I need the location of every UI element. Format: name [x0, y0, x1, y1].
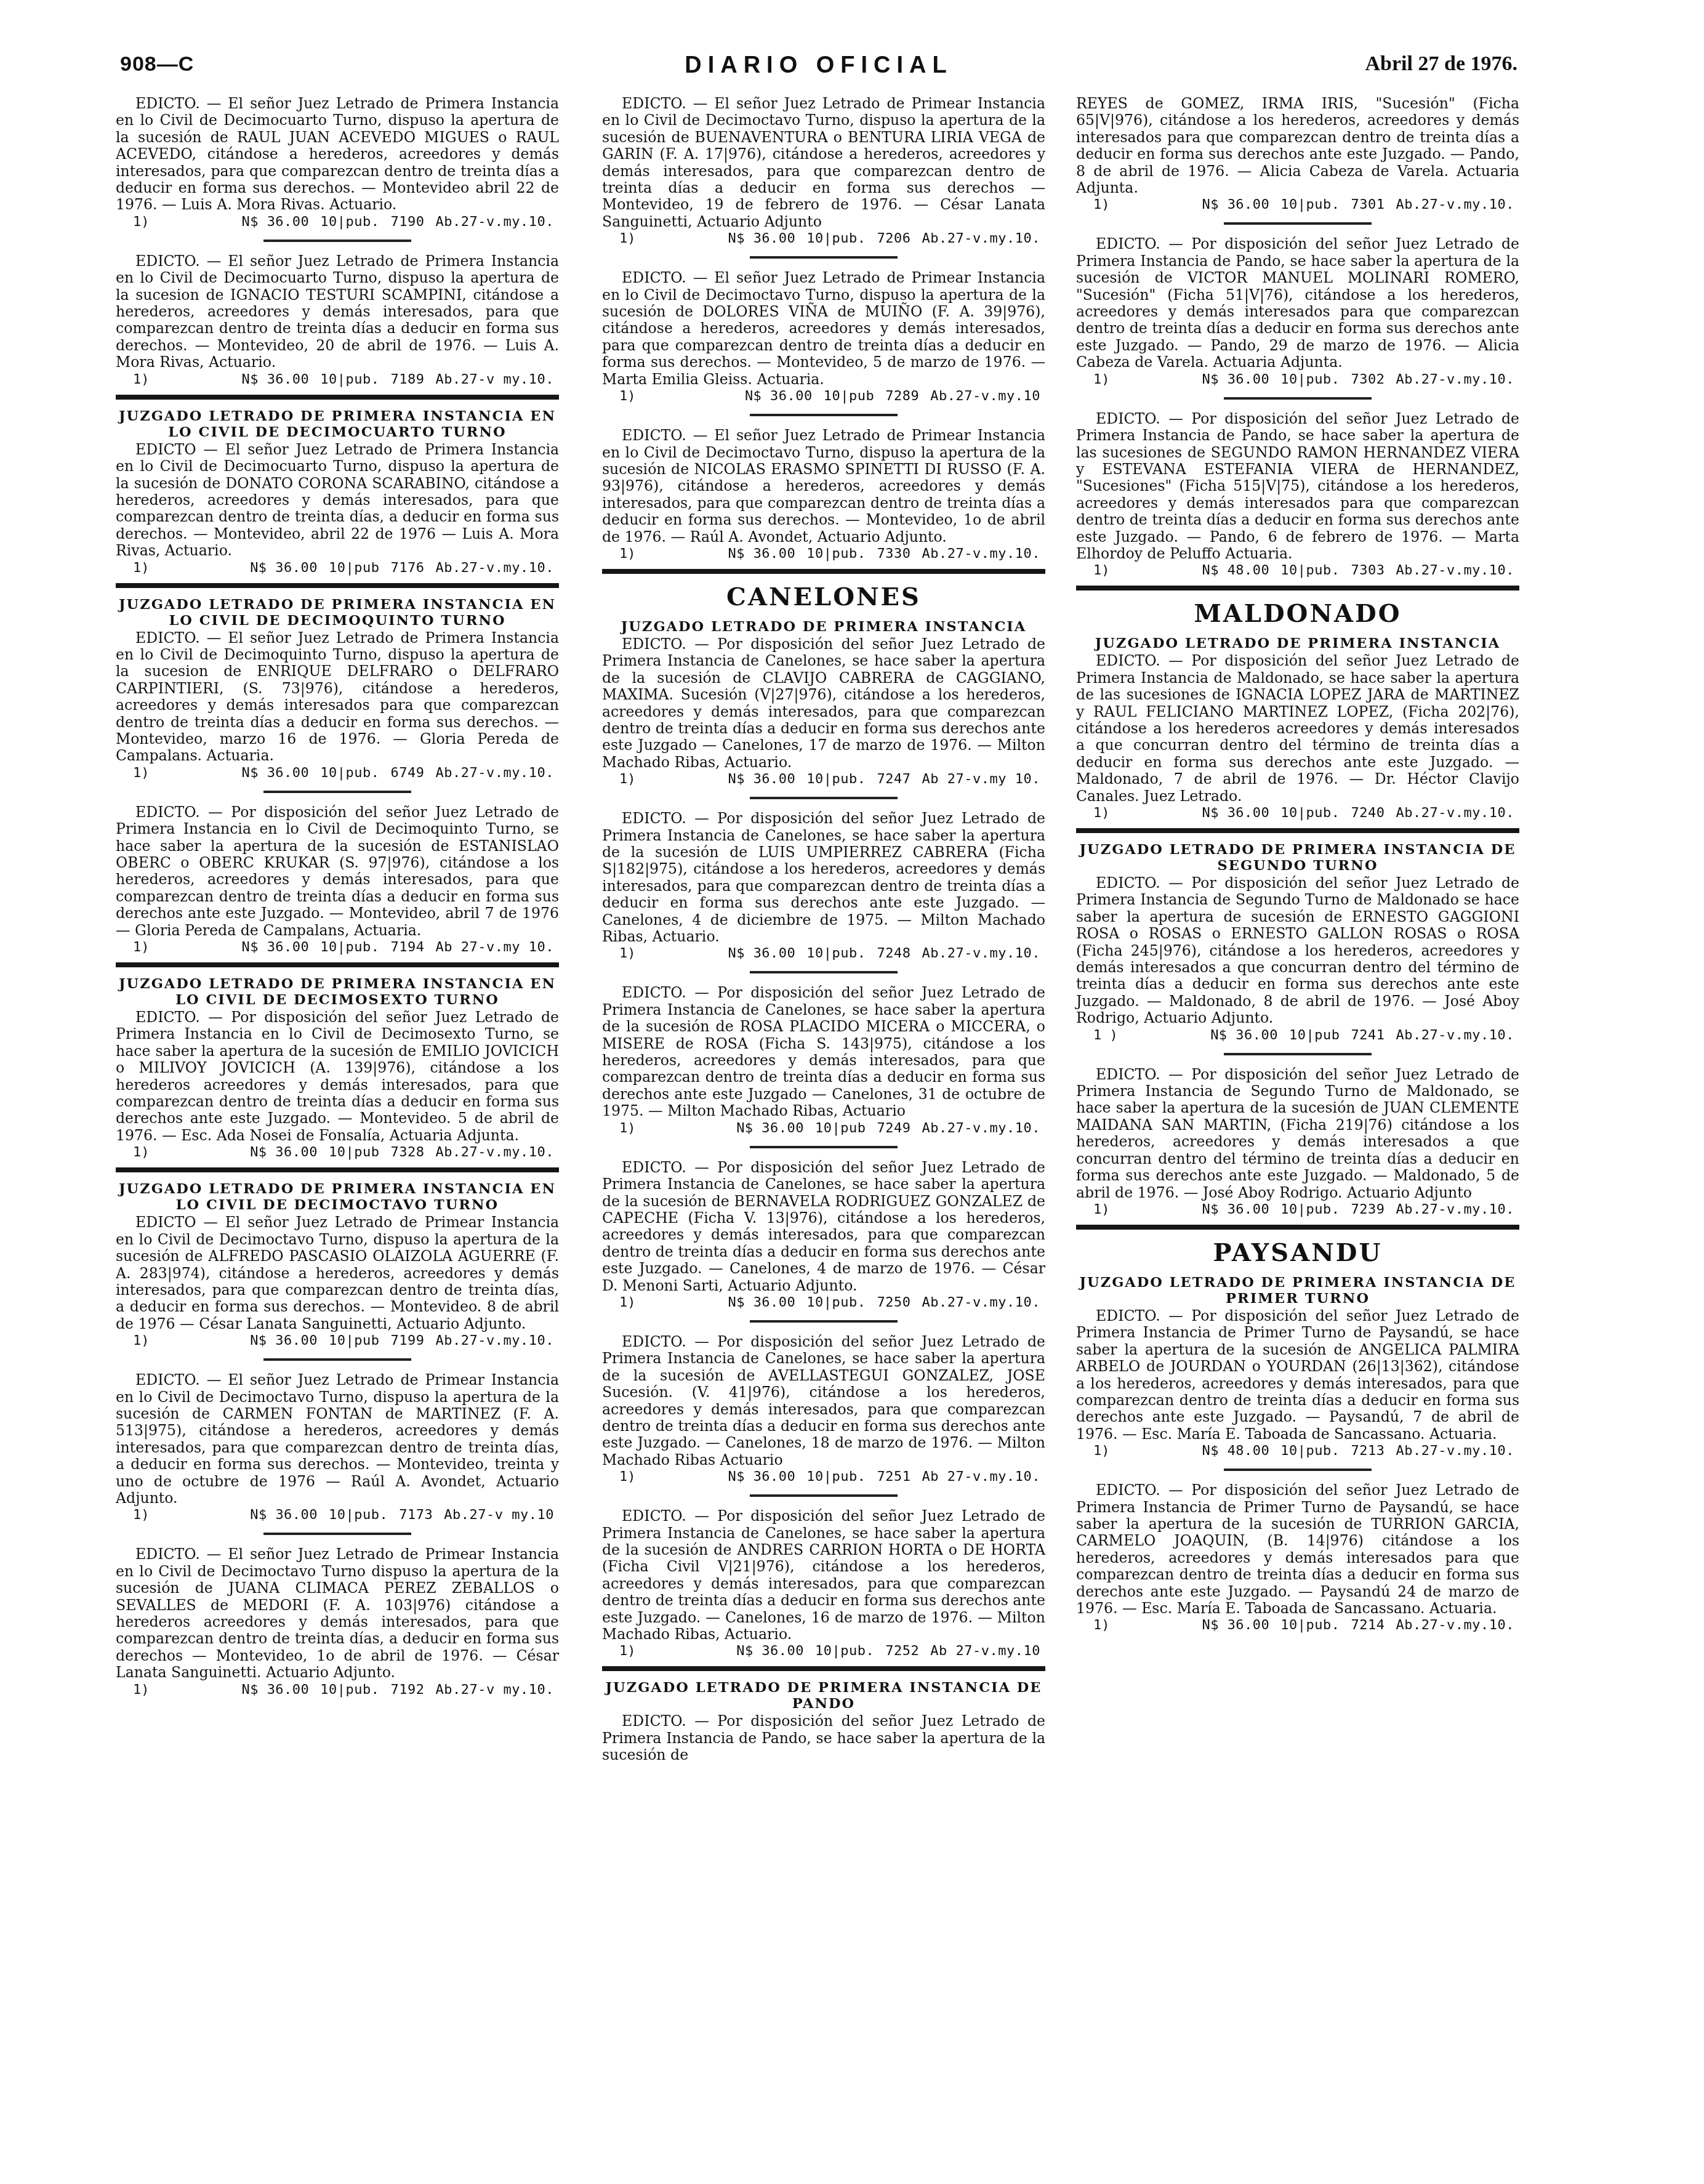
publication-details: N$ 36.0010|pub.6749Ab.27-v.my.10. [182, 765, 554, 782]
publication-ref: 7173 [399, 1507, 433, 1523]
publication-line: 1)N$ 36.0010|pub.7192Ab.27-v my.10. [116, 1682, 559, 1699]
publication-amount: N$ 36.00 [1202, 805, 1269, 821]
publication-period: Ab 27-v.my 10. [436, 940, 554, 955]
publication-details: N$ 36.0010|pub7328Ab.27-v.my.10. [182, 1144, 554, 1161]
publication-ref: 7289 [885, 389, 919, 404]
edicto-text: EDICTO. — Por disposición del señor Juez… [1076, 236, 1519, 371]
publication-details: N$ 36.0010|pub.7192Ab.27-v my.10. [182, 1682, 554, 1699]
publication-pubs: 10|pub. [815, 1643, 874, 1659]
publication-line: 1)N$ 36.0010|pub.7194Ab 27-v.my 10. [116, 939, 559, 956]
edicto-notice: EDICTO. — Por disposición del señor Juez… [602, 636, 1045, 788]
notice-divider [750, 1494, 898, 1497]
publication-amount: N$ 48.00 [1202, 563, 1269, 578]
edicto-notice: EDICTO. — El señor Juez Letrado de Prime… [116, 1372, 559, 1524]
publication-line: 1)N$ 36.0010|pub7176Ab.27-v.my.10. [116, 560, 559, 577]
publication-pubs: 10|pub. [1280, 372, 1340, 387]
publication-ref: 7251 [877, 1469, 911, 1485]
publication-count: 1) [1093, 1201, 1143, 1219]
publication-details: N$ 36.0010|pub.7330Ab.27-v.my.10. [669, 546, 1040, 563]
publication-count: 1) [1093, 1443, 1143, 1460]
publication-period: Ab.27-v.my.10. [1396, 1202, 1514, 1217]
publication-period: Ab.27-v.my.10. [436, 560, 554, 576]
publication-details: N$ 36.0010|pub7289Ab.27-v.my.10 [669, 388, 1040, 405]
publication-ref: 7213 [1351, 1443, 1385, 1459]
publication-count: 1) [619, 1643, 669, 1660]
section-divider [1076, 586, 1519, 590]
publication-details: N$ 36.0010|pub.7239Ab.27-v.my.10. [1143, 1201, 1514, 1219]
publication-count: 1) [619, 771, 669, 788]
publication-details: N$ 36.0010|pub.7247Ab 27-v.my 10. [669, 771, 1040, 788]
publication-ref: 7199 [391, 1333, 425, 1348]
publication-details: N$ 36.0010|pub.7189Ab.27-v my.10. [182, 371, 554, 389]
publication-line: 1)N$ 36.0010|pub.7301Ab.27-v.my.10. [1076, 196, 1519, 214]
publication-period: Ab.27-v.my.10. [436, 214, 554, 230]
publication-count: 1) [133, 1144, 182, 1161]
publication-amount: N$ 48.00 [1202, 1443, 1269, 1459]
notice-divider [1224, 1053, 1372, 1055]
court-heading: JUZGADO LETRADO DE PRIMERA INSTANCIA EN … [116, 976, 559, 1008]
edicto-text: EDICTO — El señor Juez Letrado de Primea… [116, 1214, 559, 1332]
publication-line: 1)N$ 36.0010|pub7199Ab.27-v.my.10. [116, 1332, 559, 1350]
publication-count: 1) [133, 1332, 182, 1350]
publication-pubs: 10|pub. [1280, 1618, 1340, 1633]
publication-ref: 7189 [391, 372, 425, 387]
edicto-text: EDICTO. — El señor Juez Letrado de Prime… [602, 270, 1045, 388]
edicto-text: EDICTO. — Por disposición del señor Juez… [602, 1508, 1045, 1643]
publication-count: 1) [1093, 371, 1143, 389]
edicto-text: EDICTO — El señor Juez Letrado de Primer… [116, 441, 559, 560]
publication-ref: 7240 [1351, 805, 1385, 821]
publication-details: N$ 48.0010|pub.7303Ab.27-v.my.10. [1143, 562, 1514, 579]
edicto-notice: EDICTO. — El señor Juez Letrado de Prime… [116, 630, 559, 782]
publication-amount: N$ 36.00 [241, 765, 309, 781]
publication-ref: 7241 [1351, 1028, 1385, 1043]
edicto-text: EDICTO. — El señor Juez Letrado de Prime… [116, 1546, 559, 1681]
publication-amount: N$ 36.00 [1202, 372, 1269, 387]
publication-amount: N$ 36.00 [1202, 1618, 1269, 1633]
publication-period: Ab.27-v.my.10. [1396, 197, 1514, 212]
section-divider [1076, 828, 1519, 833]
publication-period: Ab.27-v.my.10. [1396, 1028, 1514, 1043]
publication-period: Ab.27-v.my.10. [1396, 372, 1514, 387]
publication-period: Ab.27-v my.10. [436, 372, 554, 387]
publication-amount: N$ 36.00 [728, 231, 795, 246]
publication-pubs: 10|pub. [320, 940, 379, 955]
publication-details: N$ 36.0010|pub7176Ab.27-v.my.10. [182, 560, 554, 577]
publication-pubs: 10|pub [329, 560, 379, 576]
publication-count: 1) [133, 371, 182, 389]
publication-period: Ab.27-v.my.10. [1396, 1443, 1514, 1459]
publication-ref: 7190 [391, 214, 425, 230]
publication-line: 1)N$ 36.0010|pub.7302Ab.27-v.my.10. [1076, 371, 1519, 389]
publication-line: 1)N$ 36.0010|pub.7248Ab.27-v.my.10. [602, 945, 1045, 962]
publication-line: 1)N$ 36.0010|pub.7240Ab.27-v.my.10. [1076, 805, 1519, 822]
publication-ref: 7303 [1351, 563, 1385, 578]
edicto-notice: EDICTO. — Por disposición del señor Juez… [602, 1334, 1045, 1486]
edicto-notice: EDICTO. — Por disposición del señor Juez… [116, 1009, 559, 1161]
publication-details: N$ 36.0010|pub.7301Ab.27-v.my.10. [1143, 196, 1514, 214]
edicto-notice: EDICTO. — Por disposición del señor Juez… [1076, 1482, 1519, 1634]
notice-divider [263, 240, 411, 242]
court-heading: JUZGADO LETRADO DE PRIMERA INSTANCIA EN … [116, 1181, 559, 1213]
publication-period: Ab.27-v.my.10. [922, 946, 1040, 961]
publication-count: 1) [133, 939, 182, 956]
page-header: 908—C DIARIO OFICIAL Abril 27 de 1976. [120, 52, 1517, 89]
section-divider [1076, 1225, 1519, 1230]
publication-amount: N$ 36.00 [736, 1121, 804, 1136]
publication-pubs: 10|pub. [1280, 563, 1340, 578]
publication-line: 1)N$ 36.0010|pub.7247Ab 27-v.my 10. [602, 771, 1045, 788]
publication-title: DIARIO OFICIAL [120, 52, 1517, 79]
publication-count: 1) [133, 214, 182, 231]
edicto-text: EDICTO. — El señor Juez Letrado de Prime… [602, 95, 1045, 230]
publication-pubs: 10|pub [329, 1333, 379, 1348]
edicto-notice: EDICTO. — Por disposición del señor Juez… [1076, 1308, 1519, 1460]
notice-divider [750, 414, 898, 416]
publication-amount: N$ 36.00 [250, 1333, 318, 1348]
publication-ref: 7192 [391, 1682, 425, 1698]
publication-count: 1) [1093, 805, 1143, 822]
publication-count: 1) [133, 765, 182, 782]
publication-pubs: 10|pub. [1280, 805, 1340, 821]
publication-pubs: 10|pub. [806, 546, 866, 562]
publication-period: Ab.27-v.my.10. [1396, 805, 1514, 821]
publication-amount: N$ 36.00 [250, 1507, 318, 1523]
column-1: EDICTO. — El señor Juez Letrado de Prime… [116, 95, 559, 1699]
publication-period: Ab.27-v.my.10. [922, 1121, 1040, 1136]
publication-details: N$ 36.0010|pub.7302Ab.27-v.my.10. [1143, 371, 1514, 389]
publication-pubs: 10|pub. [1280, 1443, 1340, 1459]
edicto-notice: EDICTO. — Por disposición del señor Juez… [1076, 411, 1519, 580]
publication-pubs: 10|pub. [320, 765, 379, 781]
edicto-notice: REYES de GOMEZ, IRMA IRIS, "Sucesión" (F… [1076, 95, 1519, 214]
publication-pubs: 10|pub. [806, 946, 866, 961]
publication-ref: 7214 [1351, 1618, 1385, 1633]
section-divider [116, 395, 559, 400]
publication-period: Ab 27-v.my.10. [922, 1469, 1040, 1485]
publication-period: Ab.27-v my.10 [444, 1507, 554, 1523]
notice-divider [263, 1358, 411, 1361]
publication-details: N$ 36.0010|pub7199Ab.27-v.my.10. [182, 1332, 554, 1350]
notice-divider [1224, 397, 1372, 400]
publication-pubs: 10|pub [824, 389, 874, 404]
edicto-text: EDICTO. — Por disposición del señor Juez… [116, 804, 559, 939]
edicto-notice: EDICTO. — El señor Juez Letrado de Prime… [602, 427, 1045, 563]
notice-divider [1224, 1469, 1372, 1471]
publication-amount: N$ 36.00 [736, 1643, 804, 1659]
publication-ref: 7206 [877, 231, 911, 246]
publication-ref: 7328 [391, 1145, 425, 1160]
publication-amount: N$ 36.00 [728, 1469, 795, 1485]
notice-divider [1224, 222, 1372, 225]
publication-count: 1) [619, 546, 669, 563]
edicto-notice: EDICTO. — Por disposición del señor Juez… [602, 985, 1045, 1137]
publication-pubs: 10|pub. [806, 1469, 866, 1485]
edicto-text: EDICTO. — Por disposición del señor Juez… [602, 1159, 1045, 1294]
publication-amount: N$ 36.00 [728, 772, 795, 787]
publication-amount: N$ 36.00 [1202, 197, 1269, 212]
publication-date: Abril 27 de 1976. [1365, 52, 1517, 76]
court-heading: JUZGADO LETRADO DE PRIMERA INSTANCIA DE … [602, 1680, 1045, 1712]
publication-period: Ab.27-v.my.10 [930, 389, 1040, 404]
notice-divider [750, 1146, 898, 1148]
publication-line: 1)N$ 36.0010|pub7249Ab.27-v.my.10. [602, 1120, 1045, 1137]
notice-divider [750, 797, 898, 799]
publication-count: 1) [133, 560, 182, 577]
edicto-notice: EDICTO — El señor Juez Letrado de Primer… [116, 441, 559, 577]
publication-details: N$ 36.0010|pub.7248Ab.27-v.my.10. [669, 945, 1040, 962]
publication-period: Ab.27-v.my.10. [436, 1333, 554, 1348]
publication-amount: N$ 36.00 [241, 214, 309, 230]
publication-line: 1)N$ 36.0010|pub.7252Ab 27-v.my.10 [602, 1643, 1045, 1660]
publication-amount: N$ 36.00 [241, 1682, 309, 1698]
publication-line: 1)N$ 36.0010|pub.6749Ab.27-v.my.10. [116, 765, 559, 782]
publication-details: N$ 36.0010|pub.7252Ab 27-v.my.10 [669, 1643, 1040, 1660]
publication-period: Ab.27-v.my.10. [436, 1145, 554, 1160]
region-heading: PAYSANDU [1076, 1238, 1519, 1267]
edicto-text: EDICTO. — Por disposición del señor Juez… [602, 985, 1045, 1119]
publication-ref: 6749 [391, 765, 425, 781]
edicto-text: EDICTO. — Por disposición del señor Juez… [1076, 875, 1519, 1027]
court-heading: JUZGADO LETRADO DE PRIMERA INSTANCIA [1076, 635, 1519, 651]
publication-line: 1)N$ 36.0010|pub.7330Ab.27-v.my.10. [602, 546, 1045, 563]
edicto-notice: EDICTO. — El señor Juez Letrado de Prime… [602, 95, 1045, 248]
publication-amount: N$ 36.00 [1210, 1028, 1278, 1043]
section-divider [602, 569, 1045, 574]
publication-line: 1)N$ 36.0010|pub.7189Ab.27-v my.10. [116, 371, 559, 389]
edicto-text: EDICTO. — Por disposición del señor Juez… [1076, 411, 1519, 563]
publication-count: 1) [619, 945, 669, 962]
publication-amount: N$ 36.00 [241, 940, 309, 955]
publication-line: 1)N$ 36.0010|pub.7251Ab 27-v.my.10. [602, 1469, 1045, 1486]
publication-pubs: 10|pub [1289, 1028, 1340, 1043]
publication-period: Ab.27-v my.10. [436, 1682, 554, 1698]
edicto-notice: EDICTO. — Por disposición del señor Juez… [1076, 875, 1519, 1044]
publication-details: N$ 36.0010|pub.7240Ab.27-v.my.10. [1143, 805, 1514, 822]
publication-period: Ab 27-v.my 10. [922, 772, 1040, 787]
publication-details: N$ 36.0010|pub.7206Ab.27-v.my.10. [669, 230, 1040, 248]
publication-amount: N$ 36.00 [728, 946, 795, 961]
section-divider [602, 1666, 1045, 1671]
publication-count: 1) [619, 388, 669, 405]
edicto-text: EDICTO. — Por disposición del señor Juez… [1076, 653, 1519, 805]
column-2: EDICTO. — El señor Juez Letrado de Prime… [602, 95, 1045, 1764]
publication-ref: 7301 [1351, 197, 1385, 212]
publication-ref: 7302 [1351, 372, 1385, 387]
publication-ref: 7176 [391, 560, 425, 576]
publication-ref: 7194 [391, 940, 425, 955]
publication-pubs: 10|pub. [1280, 1202, 1340, 1217]
publication-period: Ab.27-v.my.10. [922, 546, 1040, 562]
publication-period: Ab 27-v.my.10 [930, 1643, 1040, 1659]
publication-details: N$ 36.0010|pub.7250Ab.27-v.my.10. [669, 1294, 1040, 1312]
court-heading: JUZGADO LETRADO DE PRIMERA INSTANCIA EN … [116, 408, 559, 440]
edicto-notice: EDICTO. — El señor Juez Letrado de Prime… [116, 1546, 559, 1698]
publication-ref: 7330 [877, 546, 911, 562]
publication-pubs: 10|pub. [320, 372, 379, 387]
notice-divider [750, 1320, 898, 1323]
edicto-text: EDICTO. — Por disposición del señor Juez… [602, 810, 1045, 945]
publication-line: 1)N$ 48.0010|pub.7213Ab.27-v.my.10. [1076, 1443, 1519, 1460]
publication-ref: 7250 [877, 1295, 911, 1310]
publication-period: Ab.27-v.my.10. [922, 1295, 1040, 1310]
publication-amount: N$ 36.00 [241, 372, 309, 387]
page-columns: EDICTO. — El señor Juez Letrado de Prime… [116, 95, 1532, 2127]
publication-details: N$ 36.0010|pub.7190Ab.27-v.my.10. [182, 214, 554, 231]
publication-details: N$ 36.0010|pub.7173Ab.27-v my.10 [182, 1507, 554, 1524]
edicto-notice: EDICTO — El señor Juez Letrado de Primea… [116, 1214, 559, 1350]
edicto-notice: EDICTO. — Por disposición del señor Juez… [602, 1713, 1045, 1763]
edicto-notice: EDICTO. — Por disposición del señor Juez… [602, 1508, 1045, 1660]
edicto-notice: EDICTO. — Por disposición del señor Juez… [602, 810, 1045, 962]
notice-divider [750, 256, 898, 259]
court-heading: JUZGADO LETRADO DE PRIMERA INSTANCIA EN … [116, 597, 559, 629]
edicto-text: EDICTO. — Por disposición del señor Juez… [602, 1713, 1045, 1763]
publication-amount: N$ 36.00 [728, 1295, 795, 1310]
publication-count: 1) [133, 1682, 182, 1699]
edicto-text: EDICTO. — Por disposición del señor Juez… [602, 1334, 1045, 1469]
publication-pubs: 10|pub. [320, 214, 379, 230]
edicto-text: EDICTO. — El señor Juez Letrado de Prime… [116, 630, 559, 765]
edicto-text: EDICTO. — Por disposición del señor Juez… [1076, 1308, 1519, 1443]
publication-line: 1)N$ 36.0010|pub.7206Ab.27-v.my.10. [602, 230, 1045, 248]
publication-details: N$ 36.0010|pub.7194Ab 27-v.my 10. [182, 939, 554, 956]
edicto-text: EDICTO. — Por disposición del señor Juez… [1076, 1066, 1519, 1201]
publication-count: 1) [619, 230, 669, 248]
publication-pubs: 10|pub. [806, 1295, 866, 1310]
publication-details: N$ 48.0010|pub.7213Ab.27-v.my.10. [1143, 1443, 1514, 1460]
publication-amount: N$ 36.00 [250, 1145, 318, 1160]
publication-count: 1 ) [1093, 1027, 1143, 1044]
publication-ref: 7252 [885, 1643, 919, 1659]
publication-pubs: 10|pub. [329, 1507, 388, 1523]
section-divider [116, 583, 559, 588]
publication-pubs: 10|pub. [1280, 197, 1340, 212]
publication-count: 1) [133, 1507, 182, 1524]
publication-details: N$ 36.0010|pub7249Ab.27-v.my.10. [669, 1120, 1040, 1137]
publication-count: 1) [1093, 1617, 1143, 1634]
publication-details: N$ 36.0010|pub.7251Ab 27-v.my.10. [669, 1469, 1040, 1486]
edicto-text: EDICTO. — El señor Juez Letrado de Prime… [602, 427, 1045, 546]
court-heading: JUZGADO LETRADO DE PRIMERA INSTANCIA DE … [1076, 1275, 1519, 1307]
publication-count: 1) [1093, 196, 1143, 214]
publication-ref: 7247 [877, 772, 911, 787]
edicto-notice: EDICTO. — Por disposición del señor Juez… [602, 1159, 1045, 1312]
publication-line: 1)N$ 36.0010|pub.7190Ab.27-v.my.10. [116, 214, 559, 231]
edicto-notice: EDICTO. — Por disposición del señor Juez… [1076, 1066, 1519, 1219]
publication-period: Ab.27-v.my.10. [1396, 563, 1514, 578]
publication-pubs: 10|pub. [320, 1682, 379, 1698]
edicto-notice: EDICTO. — El señor Juez Letrado de Prime… [116, 253, 559, 389]
publication-amount: N$ 36.00 [250, 560, 318, 576]
edicto-text: EDICTO. — Por disposición del señor Juez… [1076, 1482, 1519, 1617]
publication-count: 1) [1093, 562, 1143, 579]
publication-line: 1)N$ 36.0010|pub.7239Ab.27-v.my.10. [1076, 1201, 1519, 1219]
section-divider [116, 962, 559, 967]
publication-details: N$ 36.0010|pub7241Ab.27-v.my.10. [1143, 1027, 1514, 1044]
edicto-text: EDICTO. — El señor Juez Letrado de Prime… [116, 95, 559, 214]
edicto-notice: EDICTO. — El señor Juez Letrado de Prime… [116, 95, 559, 231]
section-divider [116, 1167, 559, 1172]
publication-pubs: 10|pub. [806, 772, 866, 787]
publication-line: 1)N$ 36.0010|pub7328Ab.27-v.my.10. [116, 1144, 559, 1161]
region-heading: MALDONADO [1076, 599, 1519, 628]
court-heading: JUZGADO LETRADO DE PRIMERA INSTANCIA DE … [1076, 842, 1519, 874]
publication-period: Ab.27-v.my.10. [922, 231, 1040, 246]
publication-count: 1) [619, 1469, 669, 1486]
edicto-notice: EDICTO. — Por disposición del señor Juez… [1076, 653, 1519, 822]
publication-ref: 7248 [877, 946, 911, 961]
edicto-text: REYES de GOMEZ, IRMA IRIS, "Sucesión" (F… [1076, 95, 1519, 196]
region-heading: CANELONES [602, 582, 1045, 611]
publication-pubs: 10|pub [815, 1121, 866, 1136]
publication-line: 1)N$ 36.0010|pub7289Ab.27-v.my.10 [602, 388, 1045, 405]
publication-line: 1)N$ 48.0010|pub.7303Ab.27-v.my.10. [1076, 562, 1519, 579]
publication-pubs: 10|pub [329, 1145, 379, 1160]
publication-period: Ab.27-v.my.10. [436, 765, 554, 781]
edicto-notice: EDICTO. — Por disposición del señor Juez… [1076, 236, 1519, 388]
edicto-notice: EDICTO. — El señor Juez Letrado de Prime… [602, 270, 1045, 405]
publication-line: 1 )N$ 36.0010|pub7241Ab.27-v.my.10. [1076, 1027, 1519, 1044]
notice-divider [263, 791, 411, 793]
edicto-text: EDICTO. — Por disposición del señor Juez… [602, 636, 1045, 771]
edicto-text: EDICTO. — El señor Juez Letrado de Prime… [116, 1372, 559, 1507]
publication-line: 1)N$ 36.0010|pub.7250Ab.27-v.my.10. [602, 1294, 1045, 1312]
publication-period: Ab.27-v.my.10. [1396, 1618, 1514, 1633]
publication-count: 1) [619, 1294, 669, 1312]
edicto-notice: EDICTO. — Por disposición del señor Juez… [116, 804, 559, 956]
notice-divider [263, 1533, 411, 1535]
publication-line: 1)N$ 36.0010|pub.7173Ab.27-v my.10 [116, 1507, 559, 1524]
edicto-text: EDICTO. — Por disposición del señor Juez… [116, 1009, 559, 1144]
publication-details: N$ 36.0010|pub.7214Ab.27-v.my.10. [1143, 1617, 1514, 1634]
publication-count: 1) [619, 1120, 669, 1137]
publication-amount: N$ 36.00 [1202, 1202, 1269, 1217]
publication-amount: N$ 36.00 [728, 546, 795, 562]
publication-amount: N$ 36.00 [745, 389, 813, 404]
publication-ref: 7239 [1351, 1202, 1385, 1217]
notice-divider [750, 971, 898, 973]
publication-pubs: 10|pub. [806, 231, 866, 246]
court-heading: JUZGADO LETRADO DE PRIMERA INSTANCIA [602, 619, 1045, 635]
publication-line: 1)N$ 36.0010|pub.7214Ab.27-v.my.10. [1076, 1617, 1519, 1634]
column-3: REYES de GOMEZ, IRMA IRIS, "Sucesión" (F… [1076, 95, 1519, 1634]
edicto-text: EDICTO. — El señor Juez Letrado de Prime… [116, 253, 559, 371]
publication-ref: 7249 [877, 1121, 911, 1136]
